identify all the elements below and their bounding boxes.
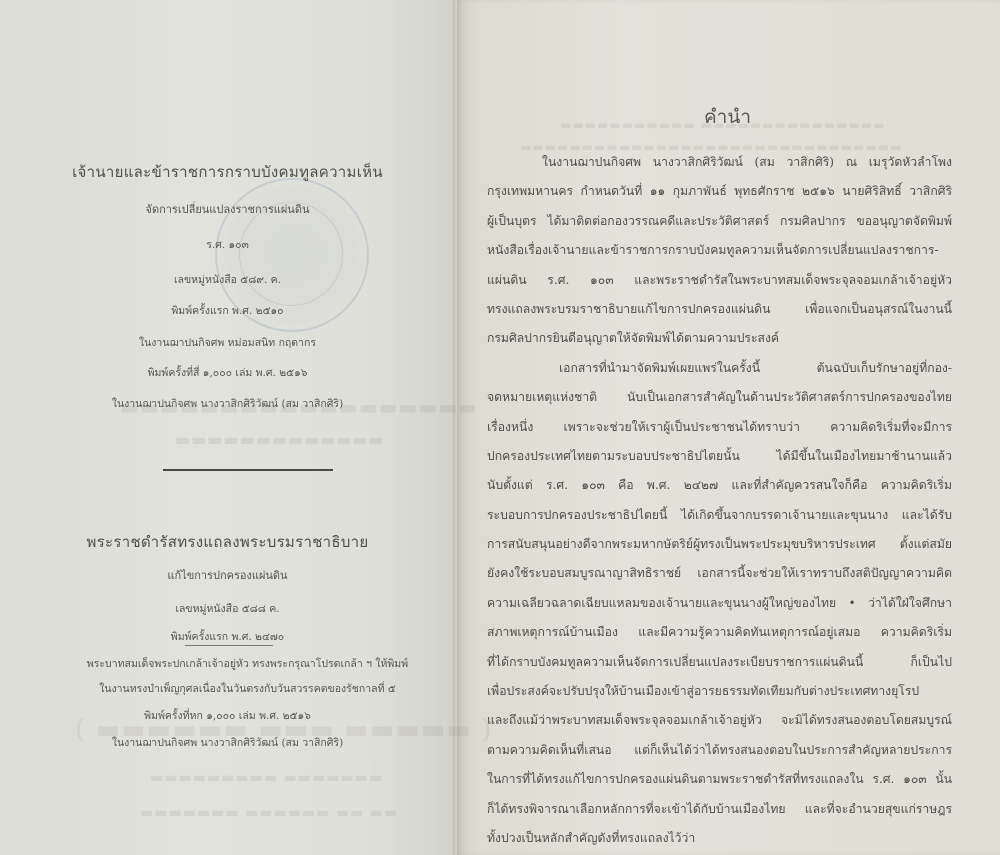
occasion-2: ในงานฌาปนกิจศพ นางวาสิกศิริวัฒน์ (สม วาส… [0,395,455,412]
book-title-1: เจ้านายและข้าราชการกราบบังคมทูลความเห็น [0,160,455,184]
preface-line: นับตั้งแต่ ร.ศ. ๑๐๓ คือ พ.ศ. ๒๔๒๗ และที่… [487,471,952,500]
occasion-1: ในงานฌาปนกิจศพ หม่อมสนิท กฤดากร [0,334,455,351]
first-print-1: พิมพ์ครั้งแรก พ.ศ. ๒๕๑๐ [0,302,455,319]
preface-line: เพื่อประสงค์จะปรับปรุงให้บ้านเมืองเข้าสู… [487,677,952,706]
show-through-text: ▬▬▬▬▬▬▬ ▬▬▬▬▬▬ ▬▬ ▬▬ [140,805,398,821]
section-divider [163,469,333,471]
preface-line: หนังสือเรื่องเจ้านายและข้าราชการกราบบังค… [487,236,952,265]
preface-line: ที่ได้กราบบังคมทูลความเห็นจัดการเปลี่ยนแ… [487,648,952,677]
preface-line: ทรงแถลงพระบรมราชาธิบายแก้ไขการปกครองแผ่น… [487,295,952,324]
publication-note-line1: พระบาทสมเด็จพระปกเกล้าเจ้าอยู่หัว ทรงพระ… [20,655,475,672]
book-subtitle-2: แก้ไขการปกครองแผ่นดิน [0,566,455,584]
preface-line: ปกครองประเทศไทยตามระบอบประชาธิปไตยนั้น ไ… [487,442,952,471]
preface-line: ในงานฌาปนกิจศพ นางวาสิกศิริวัฒน์ (สม วาส… [487,148,952,177]
preface-line: แผ่นดิน ร.ศ. ๑๐๓ และพระราชดำรัสในพระบาทส… [487,266,952,295]
preface-line: ระบอบการปกครองประชาธิปไตยนี้ ได้เกิดขึ้น… [487,501,952,530]
preface-line: การสนับสนุนอย่างดีจากพระมหากษัตริย์ผู้ทร… [487,530,952,559]
era-label: ร.ศ. ๑๐๓ [0,236,455,253]
preface-line: ทั้งปวงเป็นหลักสำคัญดังที่ทรงแถลงไว้ว่า [487,824,952,853]
preface-line: ยังคงใช้ระบอบสมบูรณาญาสิทธิราชย์ เอกสารน… [487,559,952,588]
fourth-print: พิมพ์ครั้งที่สี่ ๑,๐๐๐ เล่ม พ.ศ. ๒๕๑๖ [0,364,455,381]
catalog-number-1: เลขหมู่หนังสือ ๕๘๙. ค. [0,271,455,288]
sixth-print: พิมพ์ครั้งที่หก ๑,๐๐๐ เล่ม พ.ศ. ๒๕๑๖ [0,707,455,724]
preface-line: ก็ได้ทรงพิจารณาเลือกหลักการที่จะเข้าได้ก… [487,795,952,824]
preface-line: ตามความคิดเห็นที่เสนอ แต่ก็เห็นได้ว่าได้… [487,736,952,765]
book-title-2: พระราชดำรัสทรงแถลงพระบรมราชาธิบาย [0,530,455,554]
occasion-3: ในงานฌาปนกิจศพ นางวาสิกศิริวัฒน์ (สม วาส… [0,734,455,751]
preface-paragraph: ในงานฌาปนกิจศพ นางวาสิกศิริวัฒน์ (สม วาส… [487,148,952,853]
preface-line: สภาพเหตุการณ์บ้านเมือง และมีความรู้ความค… [487,618,952,647]
underline [185,645,273,646]
preface-line: เรื่องหนึ่ง เพราะจะช่วยให้เราผู้เป็นประช… [487,413,952,442]
preface-line: เอกสารที่นำมาจัดพิมพ์เผยแพร่ในครั้งนี้ ต… [487,354,952,383]
catalog-number-2: เลขหมู่หนังสือ ๕๘๘ ค. [0,600,455,617]
book-subtitle-1: จัดการเปลี่ยนแปลงราชการแผ่นดิน [0,200,455,218]
show-through-text: ▬▬▬▬▬▬▬▬▬▬▬▬▬ [175,430,385,449]
publication-note-line2: ในงานทรงบำเพ็ญกุศลเนื่องในวันตรงกับวันสว… [20,680,475,697]
show-through-text: ▬▬▬▬▬▬▬▬▬ ▬▬▬▬▬▬▬ [150,770,383,786]
preface-line: จดหมายเหตุแห่งชาติ นับเป็นเอกสารสำคัญในด… [487,383,952,412]
preface-line: กรมศิลปากรยินดีอนุญาตให้จัดพิมพ์ได้ตามคว… [487,324,952,353]
preface-line: ผู้เป็นบุตร ได้มาติดต่อกองวรรณคดีและประว… [487,207,952,236]
preface-line: ความเฉลียวฉลาดเฉียบแหลมของเจ้านายและขุนน… [487,589,952,618]
first-print-2: พิมพ์ครั้งแรก พ.ศ. ๒๔๗๐ [0,628,455,645]
preface-line: กรุงเทพมหานคร กำหนดวันที่ ๑๑ กุมภาพันธ์ … [487,177,952,206]
preface-line: ในการที่ได้ทรงแก้ไขการปกครองแผ่นดินตามพร… [487,765,952,794]
show-through-text: ▬▬▬▬▬▬▬▬▬▬▬ ▬▬▬▬▬▬▬▬▬▬▬▬▬▬▬ [560,118,886,132]
preface-line: และถึงแม้ว่าพระบาทสมเด็จพระจุลจอมเกล้าเจ… [487,706,952,735]
